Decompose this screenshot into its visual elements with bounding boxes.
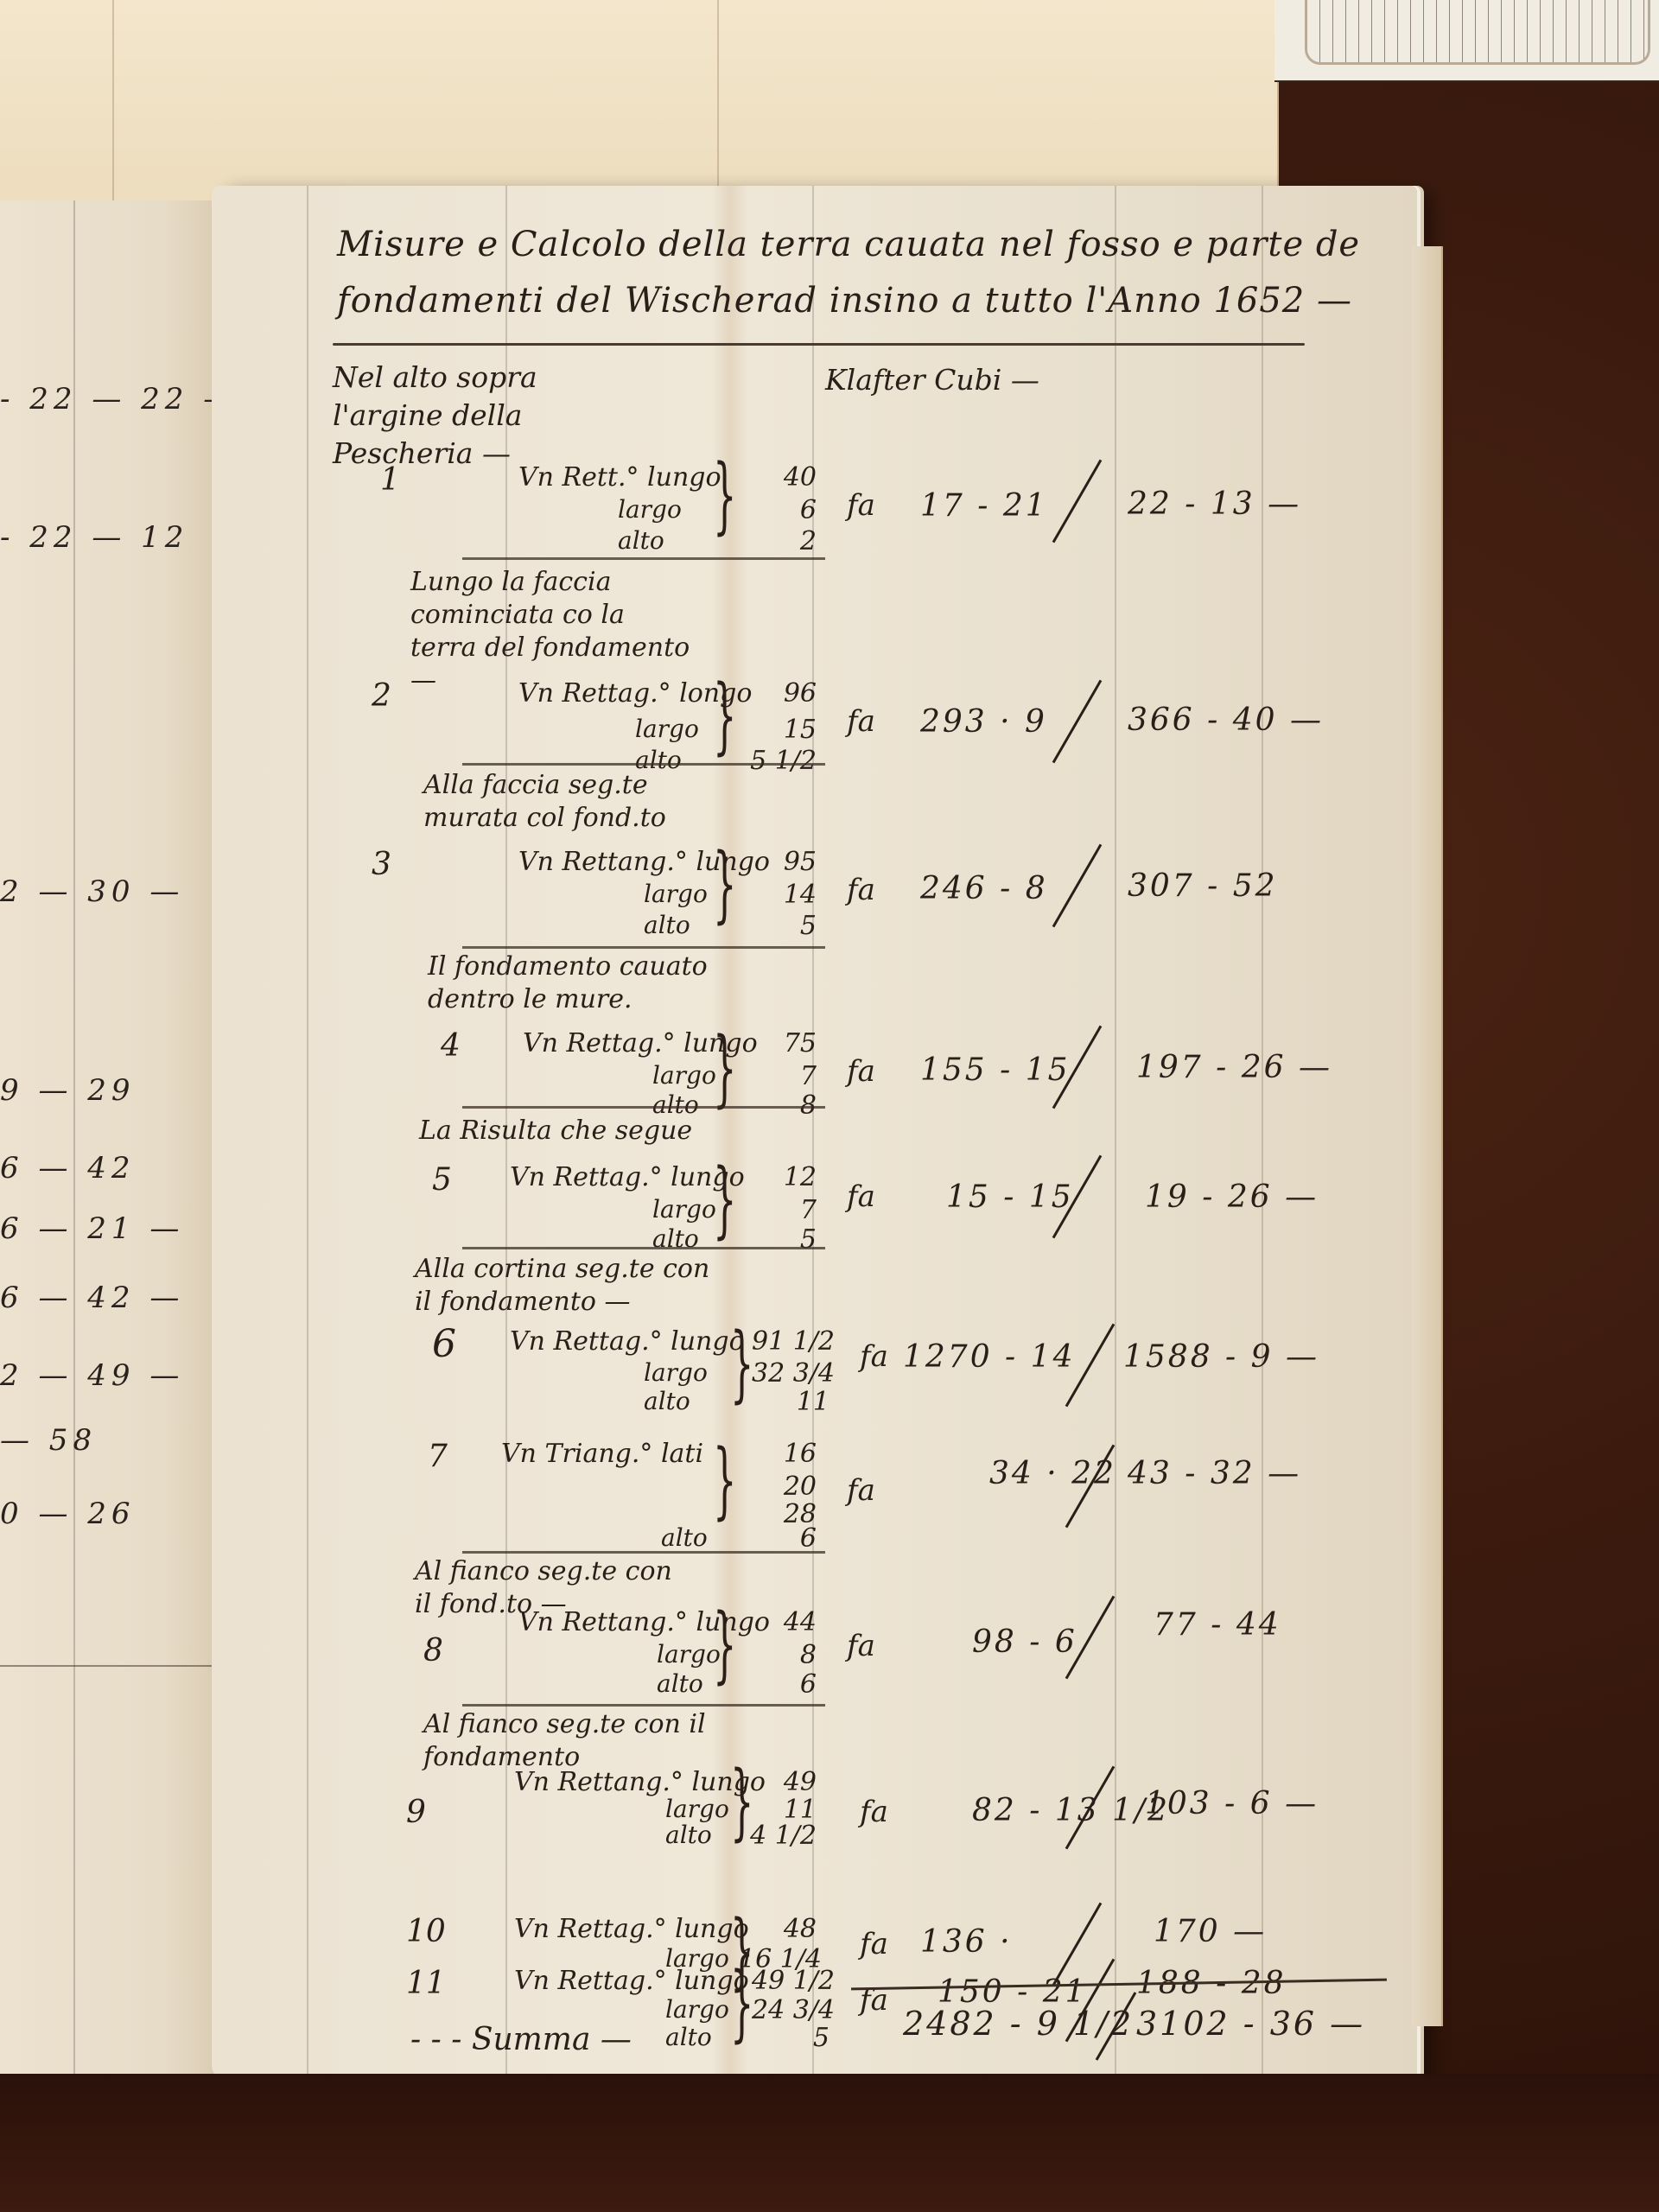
dim-height: 2 bbox=[739, 526, 817, 556]
left-page-entry: 6 — 42 bbox=[0, 1151, 136, 1185]
dim-height: 5 bbox=[752, 2023, 829, 2053]
row-separator bbox=[462, 1247, 825, 1249]
converted-value: 43 - 32 — bbox=[1128, 1456, 1301, 1491]
dim-label: largo bbox=[618, 495, 682, 524]
dim-label: largo bbox=[652, 1195, 716, 1224]
result-value: 1270 - 14 bbox=[903, 1339, 1075, 1375]
slash-mark bbox=[1052, 844, 1103, 928]
document-title-line-1: Misure e Calcolo della terra cauata nel … bbox=[337, 225, 1360, 264]
brace-icon: } bbox=[730, 1760, 753, 1843]
manuscript-page: Misure e Calcolo della terra cauata nel … bbox=[212, 186, 1417, 2082]
entry-number: 8 bbox=[423, 1633, 443, 1669]
converted-value: 366 - 40 — bbox=[1128, 702, 1324, 738]
converted-value: 77 - 44 bbox=[1154, 1607, 1281, 1643]
entry-number: 2 bbox=[372, 678, 391, 714]
fa-label: fa bbox=[847, 1054, 875, 1089]
dim-label: largo bbox=[652, 1061, 716, 1090]
summa-label: - - - Summa — bbox=[410, 2022, 632, 2057]
dim-label: largo bbox=[665, 1995, 729, 2024]
brace-icon: } bbox=[730, 1961, 753, 2044]
measurement-entry: La Risulta che segue 5 Vn Rettag.° lungo… bbox=[212, 1110, 1417, 1257]
dim-width: 8 bbox=[739, 1640, 817, 1670]
converted-value: 22 - 13 — bbox=[1128, 486, 1301, 522]
left-page-entry: - 22 — 12 bbox=[0, 520, 188, 555]
entry-number: 1 bbox=[380, 462, 400, 498]
dim-label: largo bbox=[644, 1358, 708, 1387]
dim-label: largo bbox=[644, 880, 708, 908]
summa-converted: 3102 - 36 — bbox=[1136, 2005, 1365, 2043]
converted-value: 307 - 52 bbox=[1128, 868, 1278, 904]
converted-value: 197 - 26 — bbox=[1136, 1050, 1332, 1085]
entry-number: 6 bbox=[432, 1322, 456, 1366]
row-separator bbox=[462, 1106, 825, 1109]
fa-label: fa bbox=[847, 1473, 875, 1508]
dim-label: largo bbox=[665, 1795, 729, 1823]
entry-shape: Vn Rettag.° lungo bbox=[514, 1966, 749, 1996]
row-separator bbox=[462, 1551, 825, 1554]
left-page-entry: 0 — 26 bbox=[0, 1497, 136, 1531]
dim-length: 75 bbox=[739, 1028, 817, 1058]
measurement-entry: 7 Vn Triang.° lati 16 20 28 alto 6 } fa … bbox=[212, 1413, 1417, 1560]
left-page-entry: 2 — 30 — bbox=[0, 874, 184, 909]
brace-icon: } bbox=[713, 1158, 736, 1241]
slash-mark bbox=[1052, 460, 1103, 543]
result-value: 293 · 9 bbox=[920, 704, 1047, 740]
row-separator bbox=[462, 946, 825, 949]
measurement-entry: Alla faccia seg.te murata col fond.to 3 … bbox=[212, 769, 1417, 950]
section-label: Il fondamento cauato dentro le mure. bbox=[428, 950, 713, 1016]
brace-icon: } bbox=[713, 1439, 736, 1522]
fa-label: fa bbox=[847, 1629, 875, 1663]
brace-icon: } bbox=[713, 1027, 736, 1109]
dim-label: alto bbox=[657, 1669, 703, 1698]
result-value: 15 - 15 bbox=[946, 1179, 1074, 1215]
converted-value: 19 - 26 — bbox=[1145, 1179, 1319, 1215]
dim-height: 6 bbox=[739, 1523, 817, 1554]
dim-width: 32 3/4 bbox=[752, 1358, 829, 1389]
entry-number: 9 bbox=[406, 1795, 426, 1830]
row-separator bbox=[462, 557, 825, 560]
right-column-header: Klafter Cubi — bbox=[825, 363, 1039, 397]
entry-shape: Vn Rettag.° lungo bbox=[514, 1914, 749, 1944]
entry-number: 7 bbox=[428, 1439, 448, 1474]
left-page-entry: — 58 bbox=[0, 1423, 97, 1458]
left-page: - 22 — 22 — - 22 — 12 2 — 30 — 9 — 29 6 … bbox=[0, 200, 235, 2075]
dim-label: alto bbox=[661, 1523, 708, 1552]
measurement-entry: Al fianco seg.te con il fond.to — 8 Vn R… bbox=[212, 1555, 1417, 1711]
entry-number: 11 bbox=[406, 1966, 446, 2001]
entry-number: 3 bbox=[372, 847, 391, 882]
entry-shape: Vn Rettag.° lungo bbox=[510, 1162, 745, 1192]
entry-shape: Vn Rett.° lungo bbox=[518, 462, 721, 493]
dim-height: 6 bbox=[739, 1669, 817, 1700]
fa-label: fa bbox=[860, 1795, 888, 1829]
left-page-entry: 6 — 42 — bbox=[0, 1281, 184, 1315]
fold-line bbox=[112, 0, 114, 225]
dim-length: 12 bbox=[739, 1162, 817, 1192]
fa-label: fa bbox=[860, 1339, 888, 1374]
summa-result: 2482 - 9 1/2 bbox=[903, 2005, 1134, 2043]
entry-shape: Vn Rettag.° lungo bbox=[510, 1326, 745, 1357]
converted-value: 103 - 6 — bbox=[1145, 1786, 1319, 1821]
background-card bbox=[1274, 0, 1659, 82]
converted-value: 170 — bbox=[1154, 1914, 1267, 1949]
dim-width: 7 bbox=[739, 1061, 817, 1091]
measurement-entry: Alla cortina seg.te con il fondamento — … bbox=[212, 1253, 1417, 1417]
section-label: La Risulta che segue bbox=[419, 1115, 730, 1147]
document-title-line-2: fondamenti del Wischerad insino a tutto … bbox=[337, 281, 1352, 321]
dim-side-b: 20 bbox=[739, 1471, 817, 1502]
dim-length: 96 bbox=[739, 678, 817, 709]
row-separator bbox=[462, 1704, 825, 1707]
dim-side-a: 16 bbox=[739, 1439, 817, 1469]
dim-width: 6 bbox=[739, 495, 817, 525]
dim-label: alto bbox=[665, 1821, 712, 1849]
section-label: Alla faccia seg.te murata col fond.to bbox=[423, 769, 709, 835]
measurement-entry: Il fondamento cauato dentro le mure. 4 V… bbox=[212, 950, 1417, 1123]
result-value: 98 - 6 bbox=[972, 1624, 1077, 1660]
dim-length: 49 1/2 bbox=[752, 1966, 829, 1996]
dim-width: 7 bbox=[739, 1195, 817, 1225]
dim-label: largo bbox=[657, 1640, 721, 1669]
table-surface bbox=[0, 2074, 1659, 2212]
dim-length: 44 bbox=[739, 1607, 817, 1637]
dim-length: 95 bbox=[739, 847, 817, 877]
brace-icon: } bbox=[713, 1603, 736, 1686]
dim-length: 40 bbox=[739, 462, 817, 493]
section-label: Al fianco seg.te con il fondamento bbox=[423, 1708, 717, 1774]
result-value: 17 - 21 bbox=[920, 488, 1048, 524]
dim-height: 5 bbox=[739, 1224, 817, 1255]
left-page-entry: 6 — 21 — bbox=[0, 1211, 184, 1246]
left-page-entry: 2 — 49 — bbox=[0, 1358, 184, 1393]
row-rule bbox=[0, 1665, 224, 1667]
entry-number: 4 bbox=[441, 1028, 461, 1064]
result-value: 246 - 8 bbox=[920, 871, 1048, 906]
dim-width: 15 bbox=[739, 715, 817, 745]
dim-width: 24 3/4 bbox=[752, 1995, 829, 2025]
left-page-entry: - 22 — 22 — bbox=[0, 382, 238, 416]
brace-icon: } bbox=[713, 454, 736, 537]
dim-label: largo bbox=[635, 715, 699, 743]
result-value: 155 - 15 bbox=[920, 1052, 1071, 1088]
ruled-card-frame bbox=[1305, 0, 1650, 65]
entry-number: 5 bbox=[432, 1162, 452, 1198]
fa-label: fa bbox=[847, 1179, 875, 1214]
dim-label: alto bbox=[644, 1387, 690, 1415]
result-value: 82 - 13 1/2 bbox=[972, 1793, 1170, 1828]
fa-label: fa bbox=[847, 704, 875, 739]
fa-label: fa bbox=[847, 873, 875, 907]
dim-label: alto bbox=[644, 911, 690, 939]
brace-icon: } bbox=[713, 674, 736, 757]
measurement-entry: Al fianco seg.te con il fondamento 9 Vn … bbox=[212, 1708, 1417, 1864]
measurement-entry: 1 Vn Rett.° lungo 40 largo 6 alto 2 } fa… bbox=[212, 454, 1417, 557]
title-rule bbox=[333, 343, 1305, 346]
entry-shape: Vn Rettang.° lungo bbox=[514, 1767, 766, 1797]
brace-icon: } bbox=[713, 842, 736, 925]
brace-icon: } bbox=[730, 1322, 753, 1405]
slash-mark bbox=[1052, 680, 1103, 764]
dim-label: alto bbox=[665, 2023, 712, 2051]
dim-width: 14 bbox=[739, 880, 817, 910]
dim-label: alto bbox=[618, 526, 664, 555]
section-label: Alla cortina seg.te con il fondamento — bbox=[415, 1253, 726, 1319]
converted-value: 1588 - 9 — bbox=[1123, 1339, 1319, 1375]
dim-height: 5 bbox=[739, 911, 817, 941]
entry-shape: Vn Triang.° lati bbox=[501, 1439, 703, 1469]
row-separator bbox=[462, 763, 825, 766]
dim-length: 91 1/2 bbox=[752, 1326, 829, 1357]
left-page-entry: 9 — 29 bbox=[0, 1073, 136, 1108]
entry-number: 10 bbox=[406, 1914, 446, 1949]
column-rule bbox=[73, 200, 75, 2075]
fa-label: fa bbox=[847, 488, 875, 523]
